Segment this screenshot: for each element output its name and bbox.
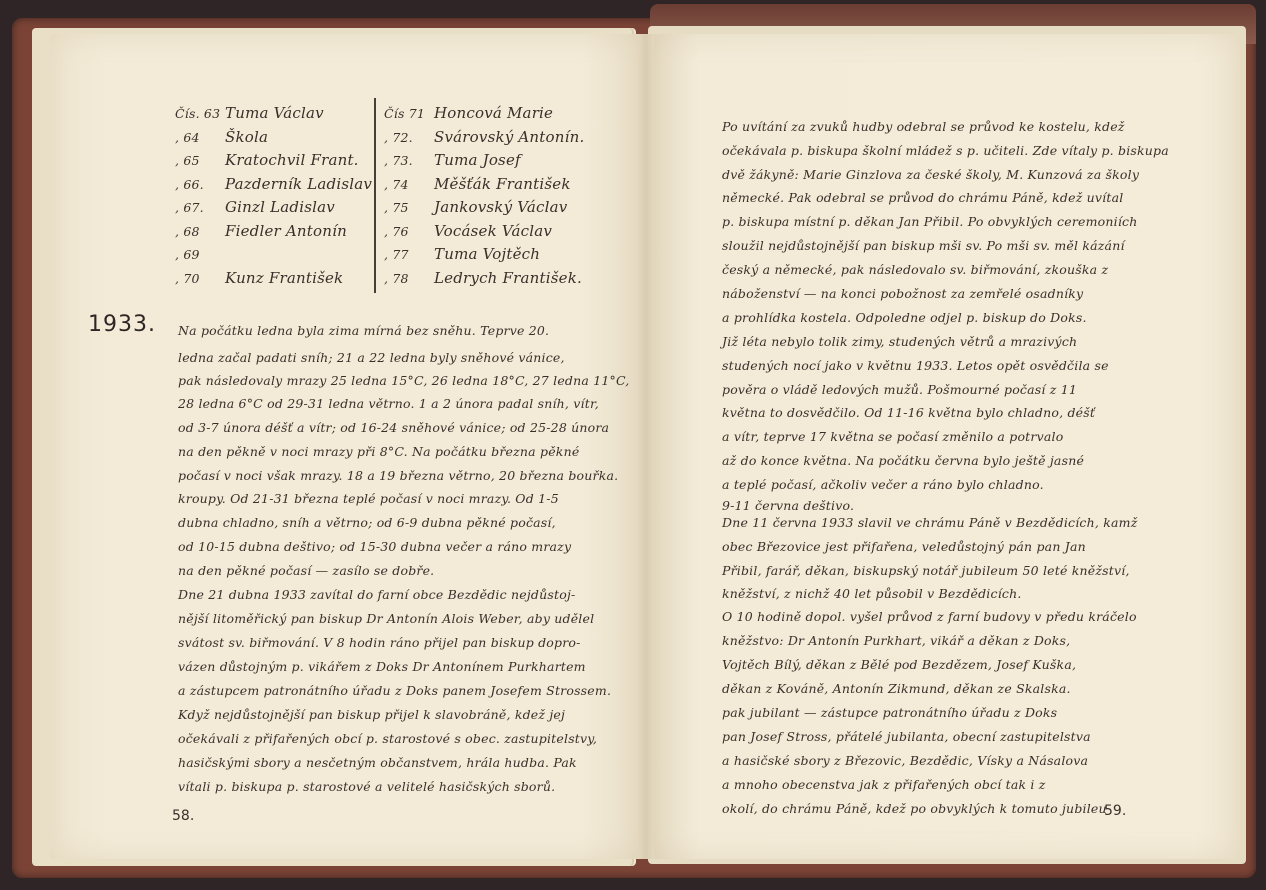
text-line: Po uvítání za zvuků hudby odebral se prů…: [722, 119, 1125, 134]
roster-entry: , 72.Svárovský Antonín.: [384, 126, 584, 150]
text-line: pak následovaly mrazy 25 ledna 15°C, 26 …: [178, 373, 629, 388]
text-line: Již léta nebylo tolik zimy, studených vě…: [722, 334, 1077, 349]
text-line: pak jubilant — zástupce patronátního úřa…: [722, 705, 1057, 720]
roster-entry: , 74Měšťák František: [384, 173, 584, 197]
roster-entry: , 69: [175, 243, 372, 267]
text-line: děkan z Kováně, Antonín Zikmund, děkan z…: [722, 681, 1071, 696]
book-gutter: [638, 34, 654, 859]
roster-divider: [374, 98, 376, 293]
text-line: Na počátku ledna byla zima mírná bez sně…: [178, 323, 549, 338]
roster-entry: , 73.Tuma Josef: [384, 149, 584, 173]
text-line: okolí, do chrámu Páně, kdež po obvyklých…: [722, 801, 1107, 816]
text-line: Dne 11 června 1933 slavil ve chrámu Páně…: [722, 515, 1138, 530]
text-line: 28 ledna 6°C od 29-31 ledna větrno. 1 a …: [178, 396, 599, 411]
text-line: hasičskými sbory a nesčetným občanstvem,…: [178, 755, 577, 770]
text-line: od 10-15 dubna deštivo; od 15-30 dubna v…: [178, 539, 571, 554]
text-line: 9-11 června deštivo.: [722, 498, 854, 513]
text-line: sloužil nejdůstojnější pan biskup mši sv…: [722, 238, 1125, 253]
text-line: května to dosvědčilo. Od 11-16 května by…: [722, 405, 1095, 420]
text-line: vítali p. biskupa p. starostové a velite…: [178, 779, 555, 794]
text-line: dvě žákyně: Marie Ginzlova za české škol…: [722, 167, 1139, 182]
text-line: Přibil, farář, děkan, biskupský notář ju…: [722, 563, 1130, 578]
page-number-right: 59.: [1104, 803, 1126, 819]
text-line: obec Březovice jest přifařena, veledůsto…: [722, 539, 1086, 554]
text-line: na den pěkné počasí — zasílo se dobře.: [178, 563, 434, 578]
text-line: ledna začal padati sníh; 21 a 22 ledna b…: [178, 350, 565, 365]
roster-left-column: Čís. 63Tuma Václav , 64Škola , 65Kratoch…: [175, 102, 372, 290]
text-line: dubna chladno, sníh a větrno; od 6-9 dub…: [178, 515, 556, 530]
text-line: nější litoměřický pan biskup Dr Antonín …: [178, 611, 594, 626]
roster-entry: , 70Kunz František: [175, 267, 372, 291]
roster-entry: , 67.Ginzl Ladislav: [175, 196, 372, 220]
text-line: kněžstvo: Dr Antonín Purkhart, vikář a d…: [722, 633, 1070, 648]
text-line: náboženství — na konci pobožnost za zemř…: [722, 286, 1083, 301]
text-line: pověra o vládě ledových mužů. Pošmourné …: [722, 382, 1077, 397]
roster-entry: , 66.Pazderník Ladislav: [175, 173, 372, 197]
text-line: Dne 21 dubna 1933 zavítal do farní obce …: [178, 587, 575, 602]
text-line: na den pěkně v noci mrazy při 8°C. Na po…: [178, 444, 579, 459]
text-line: pan Josef Stross, přátelé jubilanta, obe…: [722, 729, 1091, 744]
text-line: kněžství, z nichž 40 let působil v Bezdě…: [722, 586, 1022, 601]
roster-entry: , 64Škola: [175, 126, 372, 150]
roster-entry: , 76Vocásek Václav: [384, 220, 584, 244]
text-line: svátost sv. biřmování. V 8 hodin ráno př…: [178, 635, 581, 650]
roster-entry: , 75Jankovský Václav: [384, 196, 584, 220]
roster-right-column: Čís 71Honcová Marie , 72.Svárovský Anton…: [384, 102, 584, 290]
roster-entry: Čís. 63Tuma Václav: [175, 102, 372, 126]
text-line: Vojtěch Bílý, děkan z Bělé pod Bezdězem,…: [722, 657, 1076, 672]
text-line: a hasičské sbory z Březovic, Bezdědic, V…: [722, 753, 1088, 768]
page-number-left: 58.: [172, 808, 194, 824]
roster-entry: , 65Kratochvil Frant.: [175, 149, 372, 173]
text-line: p. biskupa místní p. děkan Jan Přibil. P…: [722, 214, 1138, 229]
roster-entry: , 68Fiedler Antonín: [175, 220, 372, 244]
roster-entry: , 77Tuma Vojtěch: [384, 243, 584, 267]
text-line: očekávali z přifařených obcí p. starosto…: [178, 731, 597, 746]
roster-entry: , 78Ledrych František.: [384, 267, 584, 291]
text-line: očekávala p. biskupa školní mládež s p. …: [722, 143, 1169, 158]
text-line: vázen důstojným p. vikářem z Doks Dr Ant…: [178, 659, 586, 674]
text-line: a zástupcem patronátního úřadu z Doks pa…: [178, 683, 611, 698]
text-line: a mnoho obecenstva jak z přifařených obc…: [722, 777, 1046, 792]
text-line: kroupy. Od 21-31 března teplé počasí v n…: [178, 491, 559, 506]
text-line: od 3-7 února déšť a vítr; od 16-24 sněho…: [178, 420, 609, 435]
text-line: až do konce května. Na počátku června by…: [722, 453, 1084, 468]
text-line: a prohlídka kostela. Odpoledne odjel p. …: [722, 310, 1087, 325]
text-line: český a německé, pak následovalo sv. biř…: [722, 262, 1108, 277]
text-line: Když nejdůstojnější pan biskup přijel k …: [178, 707, 565, 722]
text-line: studených nocí jako v květnu 1933. Letos…: [722, 358, 1109, 373]
text-line: počasí v noci však mrazy. 18 a 19 března…: [178, 468, 618, 483]
year-heading: 1933.: [88, 312, 156, 337]
text-line: a teplé počasí, ačkoliv večer a ráno byl…: [722, 477, 1044, 492]
roster-entry: Čís 71Honcová Marie: [384, 102, 584, 126]
text-line: a vítr, teprve 17 května se počasí změni…: [722, 429, 1063, 444]
text-line: O 10 hodině dopol. vyšel průvod z farní …: [722, 609, 1137, 624]
text-line: německé. Pak odebral se průvod do chrámu…: [722, 190, 1123, 205]
